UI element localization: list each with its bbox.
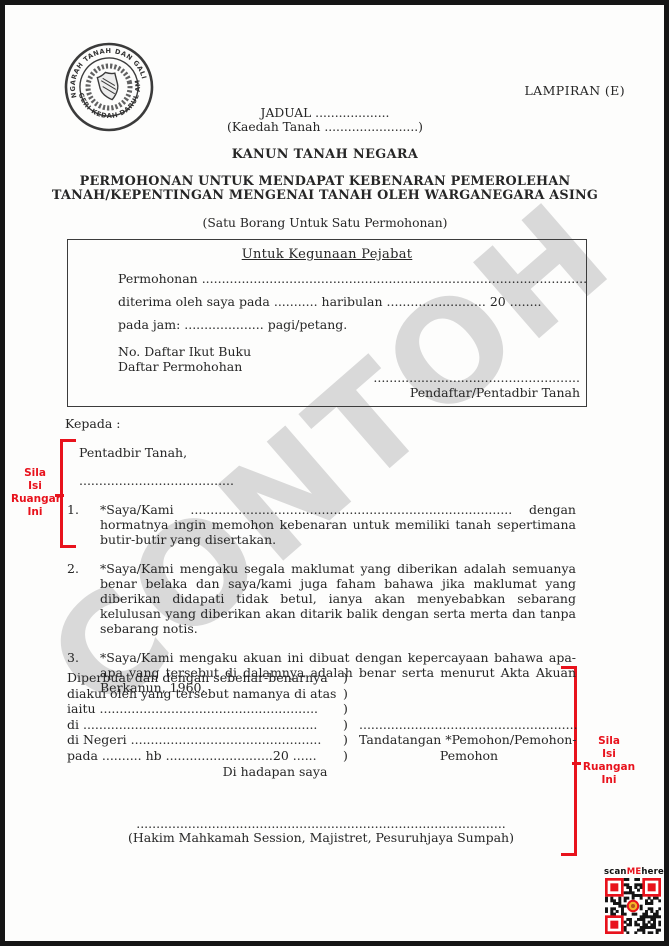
field-diterima-date: diterima oleh saya pada ........... hari…	[118, 294, 542, 309]
item-number: 2.	[67, 561, 100, 637]
lampiran-label: LAMPIRAN (E)	[435, 83, 625, 98]
item-1: 1. *Saya/Kami ..........................…	[67, 502, 576, 548]
annotation-word: Isi	[28, 480, 42, 492]
qr-label-scan: scan	[604, 867, 627, 877]
decl-line-date: pada .......... hb .....................…	[67, 748, 317, 764]
annotation-word: Ini	[28, 506, 43, 518]
paren: )	[343, 748, 359, 764]
jadual-line: JADUAL ...................	[15, 106, 635, 120]
form-title-line2: TANAH/KEPENTINGAN MENGENAI TANAH OLEH WA…	[15, 188, 635, 203]
applicant-signature-label2: Pemohon	[359, 748, 579, 764]
field-register-number-line2: Daftar Permohohan	[118, 359, 242, 374]
qr-code-block: scanMEhere	[604, 868, 662, 938]
witness-signature-label: (Hakim Mahkamah Session, Majistret, Pesu…	[128, 830, 514, 845]
item-text: *Saya/Kami .............................…	[100, 502, 576, 548]
paren: )	[343, 670, 359, 686]
form-title-line1: PERMOHONAN UNTUK MENDAPAT KEBENARAN PEME…	[15, 174, 635, 189]
di-hadapan-saya-label: Di hadapan saya	[155, 764, 395, 779]
registrar-signature-label: Pendaftar/Pentadbir Tanah	[410, 385, 580, 400]
applicant-signature-label: Tandatangan *Pemohon/Pemohon-	[359, 732, 579, 748]
paren: )	[343, 732, 359, 748]
item-text: *Saya/Kami mengaku segala maklumat yang …	[100, 561, 576, 637]
kanun-tanah-negara-title: KANUN TANAH NEGARA	[15, 147, 635, 162]
witness-signature-line: ........................................…	[136, 817, 506, 831]
decl-line: Diperbuat dan dengan sebenar-benarnya	[67, 670, 328, 686]
office-use-box: Untuk Kegunaan Pejabat Permohonan ......…	[67, 239, 587, 407]
annotation-word: Sila	[24, 467, 46, 479]
declaration-signature-block: Diperbuat dan dengan sebenar-benarnya di…	[67, 670, 576, 764]
kepada-label: Kepada :	[65, 416, 121, 431]
form-subtitle: (Satu Borang Untuk Satu Permohonan)	[15, 216, 635, 230]
decl-line-iaitu: iaitu ..................................…	[67, 701, 318, 717]
decl-line-negeri: di Negeri ..............................…	[67, 732, 321, 748]
parenthesis-column: ) ) ) ) ) )	[343, 670, 359, 764]
qr-label-here: here	[641, 867, 664, 877]
applicant-signature-line: ........................................…	[359, 717, 579, 733]
kaedah-tanah-line: (Kaedah Tanah ........................)	[15, 120, 635, 134]
registrar-signature-block: ........................................…	[373, 370, 580, 400]
left-annotation-connector	[55, 494, 64, 497]
office-box-title: Untuk Kegunaan Pejabat	[68, 247, 586, 262]
witness-signature-block: ........................................…	[105, 817, 537, 845]
field-permohonan: Permohonan .............................…	[118, 271, 587, 286]
scan-me-here-label: scanMEhere	[604, 868, 662, 877]
field-time: pada jam: .................... pagi/peta…	[118, 317, 347, 332]
field-register-number-line1: No. Daftar Ikut Buku	[118, 344, 251, 359]
item-number: 1.	[67, 502, 100, 548]
annotation-word: Isi	[602, 748, 616, 760]
applicant-signature-column: ........................................…	[359, 670, 579, 764]
pentadbir-tanah-label: Pentadbir Tanah,	[79, 445, 187, 460]
address-fill-line: .......................................	[79, 473, 234, 488]
decl-line-di: di .....................................…	[67, 717, 317, 733]
annotation-word: Ini	[602, 774, 617, 786]
right-sila-isi-annotation: Sila Isi Ruangan Ini	[582, 735, 636, 787]
paren: )	[343, 717, 359, 733]
paren: )	[343, 686, 359, 702]
paren: )	[343, 701, 359, 717]
registrar-signature-line: ........................................…	[373, 370, 580, 385]
annotation-word: Sila	[598, 735, 620, 747]
left-sila-isi-annotation: Sila Isi Ruangan Ini	[11, 467, 59, 519]
qr-code-icon	[605, 878, 661, 934]
annotation-word: Ruangan	[583, 761, 635, 773]
declaration-left-column: Diperbuat dan dengan sebenar-benarnya di…	[67, 670, 343, 764]
item-2: 2. *Saya/Kami mengaku segala maklumat ya…	[67, 561, 576, 637]
qr-label-me: ME	[627, 867, 642, 877]
scanned-form-page: CONTOH PENGARAH TANAH DAN GALIAN NEGERI …	[0, 0, 669, 946]
right-annotation-connector	[572, 762, 581, 765]
decl-line: diakui oleh yang tersebut namanya di ata…	[67, 686, 336, 702]
